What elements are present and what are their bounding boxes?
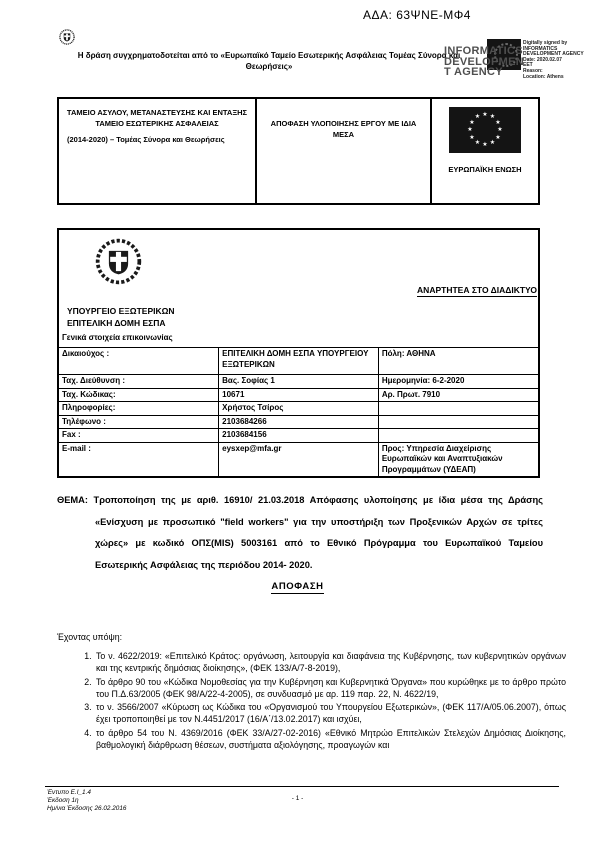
fund-line-2: ΤΑΜΕΙΟ ΕΣΩΤΕΡΙΚΗΣ ΑΣΦΑΛΕΙΑΣ [65, 118, 249, 129]
cofinance-note: Η δράση συγχρηματοδοτείται από το «Ευρωπ… [75, 50, 463, 72]
eu-star-icon: ★ [482, 112, 488, 118]
decision-type-cell: ΑΠΟΦΑΣΗ ΥΛΟΠΟΙΗΣΗΣ ΕΡΓΟΥ ΜΕ ΙΔΙΑ ΜΕΣΑ [257, 99, 432, 203]
greek-emblem-icon [59, 29, 75, 45]
eu-star-icon: ★ [482, 142, 488, 148]
table-row: Fax : 2103684156 [59, 429, 538, 443]
subject-paragraph: ΘΕΜΑ: Τροποποίηση της με αριθ. 16910/ 21… [57, 490, 543, 576]
footer-edition-date: Ημ/νια Έκδοσης 26.02.2016 [47, 805, 126, 813]
funds-cell: ΤΑΜΕΙΟ ΑΣΥΛΟΥ, ΜΕΤΑΝΑΣΤΕΥΣΗΣ ΚΑΙ ΕΝΤΑΞΗΣ… [59, 99, 257, 203]
fund-line-1: ΤΑΜΕΙΟ ΑΣΥΛΟΥ, ΜΕΤΑΝΑΣΤΕΥΣΗΣ ΚΑΙ ΕΝΤΑΞΗΣ [65, 107, 249, 118]
eu-star-icon: ★ [497, 127, 503, 133]
considerations-intro: Έχοντας υπόψη: [57, 632, 122, 642]
table-row: Δικαιούχος : ΕΠΙΤΕΛΙΚΗ ΔΟΜΗ ΕΣΠΑ ΥΠΟΥΡΓΕ… [59, 348, 538, 375]
table-row: E-mail : eysxep@mfa.gr Προς: Υπηρεσία Δι… [59, 442, 538, 476]
eu-star-icon: ★ [469, 120, 475, 126]
page-number: - 1 - [0, 795, 595, 802]
subject-text: Τροποποίηση της με αριθ. 16910/ 21.03.20… [94, 495, 543, 570]
list-item: Το άρθρο 90 του «Κώδικα Νομοθεσίας για τ… [94, 676, 566, 701]
contact-title: Γενικά στοιχεία επικοινωνίας [59, 332, 538, 348]
table-row: Ταχ. Κώδικας: 10671 Αρ. Πρωτ. 7910 [59, 388, 538, 402]
ada-code: ΑΔΑ: 63ΨΝΕ-ΜΦ4 [363, 8, 471, 22]
eu-star-icon: ★ [469, 135, 475, 141]
table-row: Ταχ. Διεύθυνση : Βας. Σοφίας 1 Ημερομηνί… [59, 375, 538, 389]
contact-table: Γενικά στοιχεία επικοινωνίας Δικαιούχος … [59, 332, 538, 476]
signature-stamp-details: Digitally signed by INFORMATICS DEVELOPM… [523, 41, 593, 80]
eu-label: ΕΥΡΩΠΑΪΚΗ ΕΝΩΣΗ [432, 164, 538, 175]
eu-star-icon: ★ [475, 140, 481, 146]
table-row: Τηλέφωνο : 2103684266 [59, 415, 538, 429]
eu-cell: ★★★★★★★★★★★★ ΕΥΡΩΠΑΪΚΗ ΕΝΩΣΗ [432, 99, 538, 203]
subject-label: ΘΕΜΑ: [57, 495, 88, 505]
eu-flag-icon: ★★★★★★★★★★★★ [449, 107, 521, 153]
eu-star-icon: ★ [490, 140, 496, 146]
document-page: ΑΔΑ: 63ΨΝΕ-ΜΦ4 Η δράση συγχρηματοδοτείτα… [0, 0, 595, 842]
footer-divider [45, 786, 559, 787]
list-item: Το ν. 4622/2019: «Επιτελικό Κράτος: οργά… [94, 650, 566, 675]
list-item: το ν. 3566/2007 «Κύρωση ως Κώδικα του «Ο… [94, 701, 566, 726]
decision-heading: ΑΠΟΦΑΣΗ [0, 576, 595, 594]
considerations-list: Το ν. 4622/2019: «Επιτελικό Κράτος: οργά… [57, 650, 566, 752]
eu-star-icon: ★ [475, 114, 481, 120]
fund-period: (2014-2020) – Τομέας Σύνορα και Θεωρήσει… [65, 134, 249, 145]
eu-star-icon: ★ [467, 127, 473, 133]
eu-star-icon: ★ [495, 135, 501, 141]
list-item: το άρθρο 54 του Ν. 4369/2016 (ΦΕΚ 33/Α/2… [94, 727, 566, 752]
contact-table-wrapper: Γενικά στοιχεία επικοινωνίας Δικαιούχος … [57, 228, 540, 478]
header-table: ΤΑΜΕΙΟ ΑΣΥΛΟΥ, ΜΕΤΑΝΑΣΤΕΥΣΗΣ ΚΑΙ ΕΝΤΑΞΗΣ… [57, 97, 540, 205]
table-row: Πληροφορίες: Χρήστος Τσίρος [59, 402, 538, 416]
eu-star-icon: ★ [495, 120, 501, 126]
